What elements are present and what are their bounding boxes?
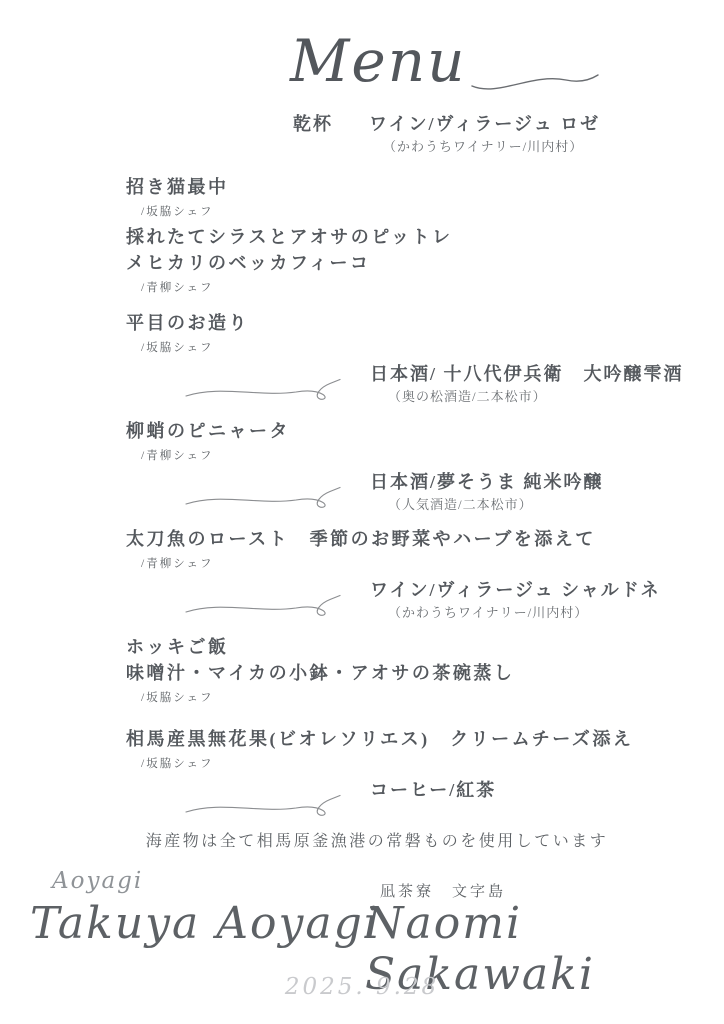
flourish-divider-icon	[184, 790, 344, 818]
pairing-drink-source: （かわうちワイナリー/川内村）	[388, 602, 661, 624]
dish-name: メヒカリのベッカフィーコ	[126, 250, 698, 276]
menu-page: Menu 乾杯 ワイン/ヴィラージュ ロゼ （かわうちワイナリー/川内村） 招き…	[0, 0, 724, 1024]
course-block: 柳蛸のピニャータ/青柳シェフ 日本酒/夢そうま 純米吟醸 （人気酒造/二本松市）	[126, 418, 698, 516]
toast-row: 乾杯 ワイン/ヴィラージュ ロゼ	[293, 110, 600, 136]
title-swash-icon	[470, 70, 600, 102]
chef-attribution: /坂脇シェフ	[141, 686, 698, 710]
pairing-drink-name: ワイン/ヴィラージュ シャルドネ	[370, 578, 661, 602]
pairing-drink-name: コーヒー/紅茶	[370, 778, 496, 802]
flourish-divider-icon	[184, 374, 344, 402]
pairing-drink-name: 日本酒/ 十八代伊兵衛 大吟醸雫酒	[370, 362, 684, 386]
course-block: ホッキご飯味噌汁・マイカの小鉢・アオサの茶碗蒸し/坂脇シェフ	[126, 634, 698, 710]
toast-drink: ワイン/ヴィラージュ ロゼ	[369, 110, 600, 136]
pairing-text: 日本酒/夢そうま 純米吟醸 （人気酒造/二本松市）	[370, 470, 604, 516]
pairing-text: 日本酒/ 十八代伊兵衛 大吟醸雫酒 （奥の松酒造/二本松市）	[370, 362, 684, 408]
dish-name: ホッキご飯	[126, 634, 698, 660]
course-lines: 太刀魚のロースト 季節のお野菜やハーブを添えて/青柳シェフ	[126, 526, 698, 576]
chef-signature-left: Takuya Aoyagi	[30, 898, 380, 949]
flourish-divider-icon	[184, 590, 344, 618]
course-lines: 柳蛸のピニャータ/青柳シェフ	[126, 418, 698, 468]
course-block: 太刀魚のロースト 季節のお野菜やハーブを添えて/青柳シェフ ワイン/ヴィラージュ…	[126, 526, 698, 624]
dish-name: 平目のお造り	[126, 310, 698, 336]
course-lines: ホッキご飯味噌汁・マイカの小鉢・アオサの茶碗蒸し/坂脇シェフ	[126, 634, 698, 710]
course-lines: 相馬産黒無花果(ビオレソリエス) クリームチーズ添え/坂脇シェフ	[126, 726, 698, 776]
chef-attribution: /坂脇シェフ	[141, 200, 698, 224]
menu-header: Menu	[290, 26, 600, 102]
course-lines: 平目のお造り/坂脇シェフ	[126, 310, 698, 360]
drink-pairing-row: 日本酒/ 十八代伊兵衛 大吟醸雫酒 （奥の松酒造/二本松市）	[126, 362, 698, 408]
pairing-text: コーヒー/紅茶	[370, 778, 496, 802]
course-block: 平目のお造り/坂脇シェフ 日本酒/ 十八代伊兵衛 大吟醸雫酒 （奥の松酒造/二本…	[126, 310, 698, 408]
course-lines: 招き猫最中/坂脇シェフ採れたてシラスとアオサのピットレメヒカリのベッカフィーコ/…	[126, 174, 698, 300]
drink-pairing-row: ワイン/ヴィラージュ シャルドネ （かわうちワイナリー/川内村）	[126, 578, 698, 624]
pairing-drink-source: （人気酒造/二本松市）	[388, 494, 604, 516]
flourish-divider-icon	[184, 482, 344, 510]
course-block: 招き猫最中/坂脇シェフ採れたてシラスとアオサのピットレメヒカリのベッカフィーコ/…	[126, 174, 698, 300]
pairing-drink-source: （奥の松酒造/二本松市）	[388, 386, 684, 408]
chef-attribution: /青柳シェフ	[141, 444, 698, 468]
dish-name: 採れたてシラスとアオサのピットレ	[126, 224, 698, 250]
toast-label: 乾杯	[293, 110, 333, 136]
drink-pairing-row: コーヒー/紅茶	[126, 778, 698, 818]
chef-affiliation-left: Aoyagi	[52, 868, 143, 894]
dish-name: 太刀魚のロースト 季節のお野菜やハーブを添えて	[126, 526, 698, 552]
menu-date: 2025. 9.28	[0, 974, 724, 1000]
dish-name: 味噌汁・マイカの小鉢・アオサの茶碗蒸し	[126, 660, 698, 686]
chef-attribution: /青柳シェフ	[141, 552, 698, 576]
dish-name: 招き猫最中	[126, 174, 698, 200]
course-block: 相馬産黒無花果(ビオレソリエス) クリームチーズ添え/坂脇シェフ コーヒー/紅茶	[126, 726, 698, 818]
chef-attribution: /坂脇シェフ	[141, 336, 698, 360]
toast-drink-source: （かわうちワイナリー/川内村）	[383, 136, 583, 155]
chef-attribution: /青柳シェフ	[141, 276, 698, 300]
pairing-text: ワイン/ヴィラージュ シャルドネ （かわうちワイナリー/川内村）	[370, 578, 661, 624]
drink-pairing-row: 日本酒/夢そうま 純米吟醸 （人気酒造/二本松市）	[126, 470, 698, 516]
dish-name: 柳蛸のピニャータ	[126, 418, 698, 444]
dish-name: 相馬産黒無花果(ビオレソリエス) クリームチーズ添え	[126, 726, 698, 752]
course-list: 招き猫最中/坂脇シェフ採れたてシラスとアオサのピットレメヒカリのベッカフィーコ/…	[126, 174, 698, 828]
pairing-drink-name: 日本酒/夢そうま 純米吟醸	[370, 470, 604, 494]
menu-title: Menu	[290, 26, 466, 96]
seafood-note: 海産物は全て相馬原釜漁港の常磐ものを使用しています	[0, 828, 724, 851]
chef-attribution: /坂脇シェフ	[141, 752, 698, 776]
